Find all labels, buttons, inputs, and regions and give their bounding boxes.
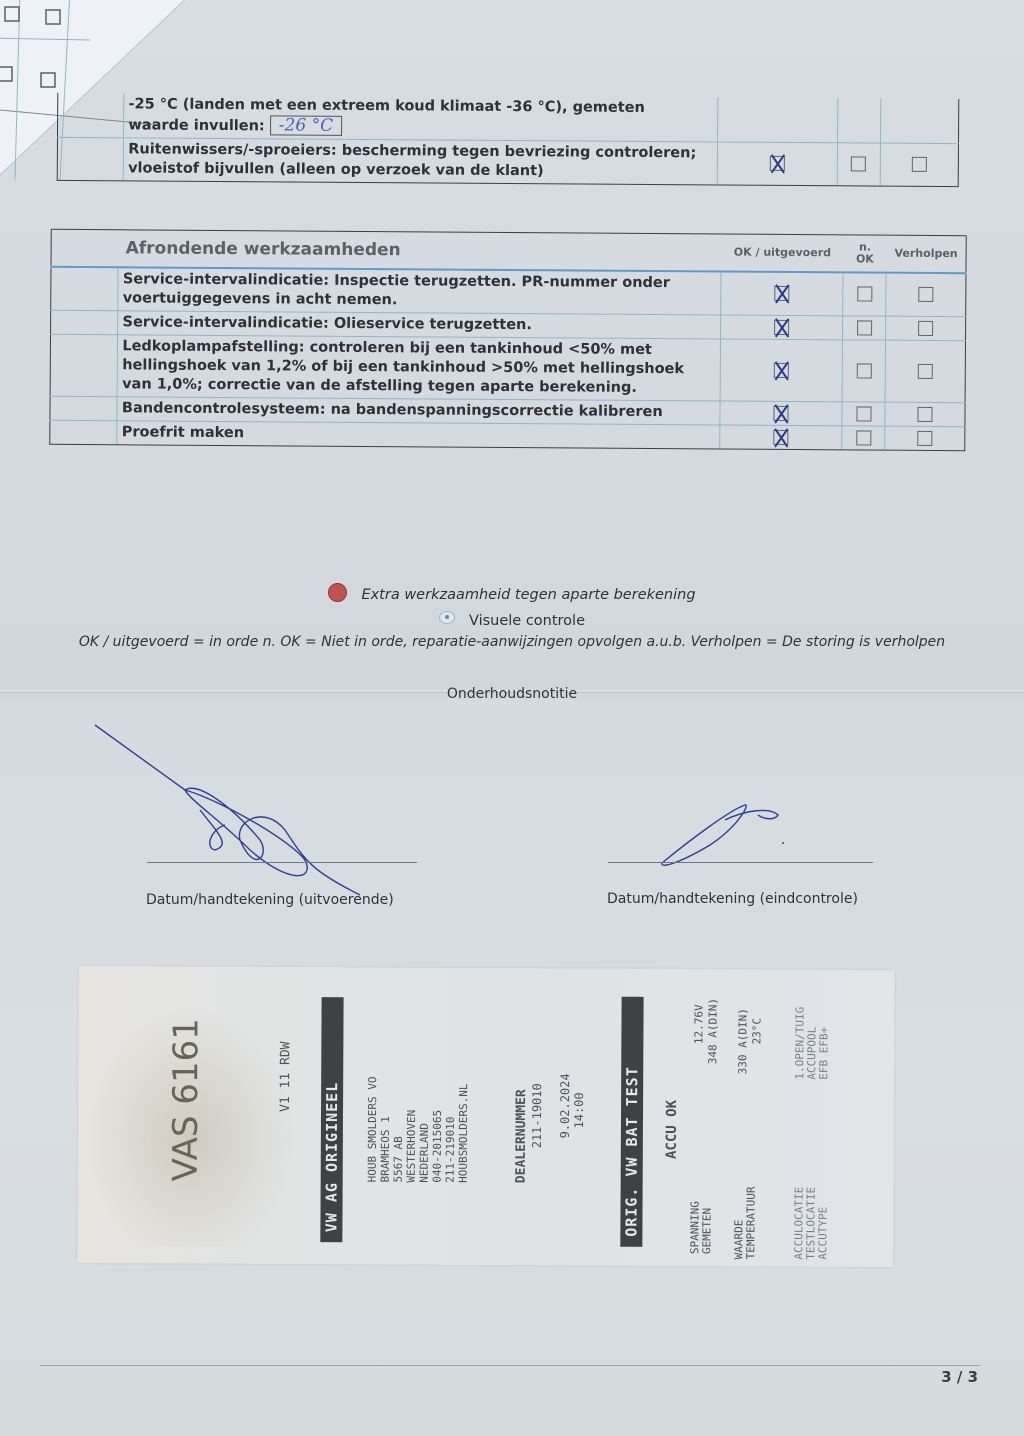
- column-header-ok: OK / uitgevoerd: [721, 234, 843, 272]
- legend-explanation: OK / uitgevoerd = in orde n. OK = Niet i…: [0, 632, 1024, 652]
- receipt-date: 9.02.2024: [558, 1073, 572, 1138]
- fixed-checkbox[interactable]: [918, 363, 933, 378]
- receipt-logo-text: VAS 6161: [166, 1018, 207, 1181]
- ok-checkbox[interactable]: [775, 286, 790, 301]
- not-ok-checkbox[interactable]: [857, 363, 872, 378]
- ok-checkbox[interactable]: [774, 405, 789, 420]
- task-description: Proefrit maken: [117, 421, 720, 449]
- ok-checkbox[interactable]: [770, 156, 785, 171]
- not-ok-checkbox[interactable]: [857, 286, 872, 301]
- receipt-banner-battery-test: ORIG. VW BAT TEST: [620, 997, 643, 1247]
- signature-right: [650, 795, 790, 870]
- receipt-measured-cca: 348 A(DIN): [706, 998, 719, 1064]
- receipt-dealer-number-label: DEALERNUMMER: [514, 1089, 529, 1183]
- fixed-checkbox[interactable]: [919, 287, 934, 302]
- task-description: Service-intervalindicatie: Inspectie ter…: [118, 267, 721, 315]
- red-dot-icon: [328, 583, 347, 602]
- table-row: Ruitenwissers/-sproeiers: bescherming te…: [57, 137, 958, 186]
- signature-line-right: [608, 862, 873, 863]
- receipt-dealer-address: HOUB SMOLDERS VO BRAMHEOS 1 5567 AB WEST…: [366, 1076, 471, 1183]
- receipt-rated-cca: 330 A(DIN): [736, 1008, 749, 1074]
- ok-checkbox[interactable]: [774, 319, 789, 334]
- signature-label-left: Datum/handtekening (uitvoerende): [146, 892, 394, 908]
- not-ok-checkbox[interactable]: [856, 406, 871, 421]
- task-description: Ledkoplampafstelling: controleren bij ee…: [118, 335, 721, 401]
- column-header-not-ok: n. OK: [843, 235, 887, 273]
- table-row: Proefrit maken: [50, 420, 965, 450]
- signature-left: [90, 720, 390, 900]
- fixed-checkbox[interactable]: [918, 320, 933, 335]
- handwritten-temperature-field[interactable]: -26 °C: [270, 115, 342, 136]
- receipt-version: V1 11 RDW: [278, 1041, 293, 1112]
- footer-rule: [40, 1365, 980, 1366]
- table-row: Ledkoplampafstelling: controleren bij ee…: [50, 334, 965, 402]
- signature-label-right: Datum/handtekening (eindcontrole): [607, 891, 858, 907]
- wiper-row-text: Ruitenwissers/-sproeiers: bescherming te…: [124, 138, 718, 185]
- battery-test-receipt: VAS 6161 V1 11 RDW VW AG ORIGINEEL HOUB …: [77, 966, 895, 1267]
- receipt-test-labels: ACCULOCATIE TESTLOCATIE ACCUTYPE: [793, 1187, 829, 1260]
- receipt-time: 14:00: [572, 1092, 586, 1128]
- fixed-checkbox[interactable]: [912, 157, 927, 172]
- legend-visual-check: Visuele controle: [0, 611, 1024, 629]
- page-number: 3 / 3: [941, 1368, 978, 1386]
- receipt-banner-original: VW AG ORIGINEEL: [320, 997, 343, 1242]
- previous-checklist-table: -25 °C (landen met een extreem koud klim…: [57, 93, 960, 187]
- eye-icon: [439, 611, 455, 624]
- receipt-voltage-label: SPANNING GEMETEN: [689, 1201, 713, 1254]
- table-row: Service-intervalindicatie: Inspectie ter…: [51, 267, 966, 317]
- signature-line-left: [147, 862, 417, 863]
- receipt-temperature: 23°C: [750, 1018, 763, 1045]
- fixed-checkbox[interactable]: [918, 430, 933, 445]
- receipt-battery-status: ACCU OK: [664, 1100, 680, 1159]
- receipt-test-values: 1.OPEN/TUIG ACCUPOOL EFB EFB+: [794, 1007, 830, 1080]
- table-row: -25 °C (landen met een extreem koud klim…: [58, 93, 959, 144]
- not-ok-checkbox[interactable]: [851, 156, 866, 171]
- ok-checkbox[interactable]: [774, 362, 789, 377]
- receipt-rated-label: WAARDE TEMPERATUUR: [733, 1186, 757, 1259]
- column-header-fixed: Verholpen: [886, 235, 966, 273]
- temperature-row-text: -25 °C (landen met een extreem koud klim…: [124, 93, 718, 142]
- section-title: Afrondende werkzaamheden: [51, 229, 722, 271]
- fixed-checkbox[interactable]: [918, 406, 933, 421]
- maintenance-notes-title: Onderhoudsnotitie: [0, 686, 1024, 702]
- legend-extra-work: Extra werkzaamheid tegen aparte berekeni…: [0, 583, 1024, 603]
- not-ok-checkbox[interactable]: [856, 430, 871, 445]
- ok-checkbox[interactable]: [774, 429, 789, 444]
- not-ok-checkbox[interactable]: [857, 320, 872, 335]
- receipt-voltage: 12.76V: [692, 1004, 705, 1044]
- receipt-dealer-number: 211-19010: [530, 1083, 544, 1148]
- finishing-work-table: Afrondende werkzaamheden OK / uitgevoerd…: [49, 229, 966, 451]
